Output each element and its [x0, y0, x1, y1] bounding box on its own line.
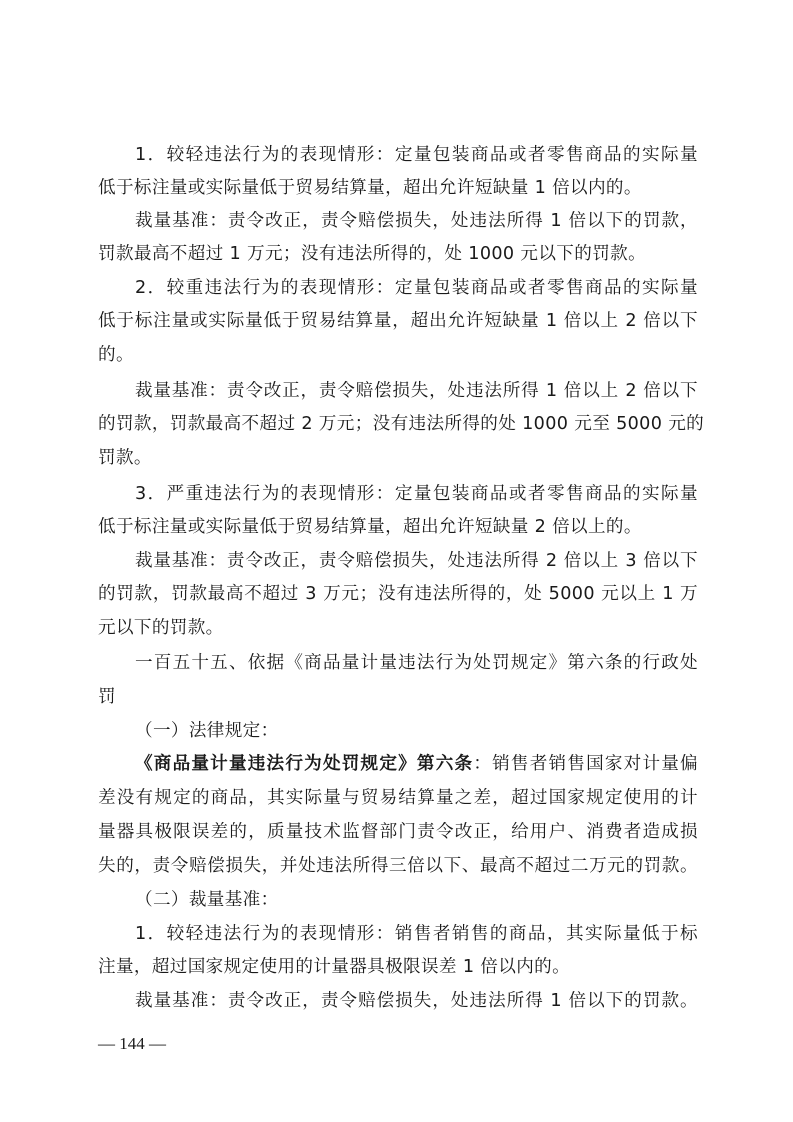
- text-line: 罚款最高不超过 1 万元；没有违法所得的，处 1000 元以下的罚款。: [98, 237, 698, 271]
- legal-provision-line: 失的，责令赔偿损失，并处违法所得三倍以下、最高不超过二万元的罚款。: [98, 849, 698, 883]
- text-line: 裁量基准：责令改正，责令赔偿损失，处违法所得 2 倍以上 3 倍以下: [98, 544, 698, 578]
- text-line: 的罚款，罚款最高不超过 3 万元；没有违法所得的，处 5000 元以上 1 万: [98, 577, 698, 611]
- text-line: 2．较重违法行为的表现情形：定量包装商品或者零售商品的实际量: [98, 271, 698, 305]
- text-line: 罚款。: [98, 441, 698, 475]
- section-heading-line: 一百五十五、依据《商品量计量违法行为处罚规定》第六条的行政处: [98, 646, 698, 680]
- section-heading-line: 罚: [98, 680, 698, 714]
- article-title: 《商品量计量违法行为处罚规定》第六条: [135, 754, 473, 774]
- text-line: 裁量基准：责令改正，责令赔偿损失，处违法所得 1 倍以上 2 倍以下: [98, 374, 698, 408]
- legal-provision-line: 差没有规定的商品，其实际量与贸易结算量之差，超过国家规定使用的计: [98, 781, 698, 815]
- text-line: 3．严重违法行为的表现情形：定量包装商品或者零售商品的实际量: [98, 477, 698, 511]
- text-line: 注量，超过国家规定使用的计量器具极限误差 1 倍以内的。: [98, 950, 698, 984]
- text-line: 低于标注量或实际量低于贸易结算量，超出允许短缺量 1 倍以上 2 倍以下: [98, 304, 698, 338]
- text-line: 1．较轻违法行为的表现情形：销售者销售的商品，其实际量低于标: [98, 917, 698, 951]
- page-number: — 144 —: [98, 1032, 166, 1056]
- subsection-heading: （二）裁量基准：: [98, 883, 698, 917]
- text-line: 元以下的罚款。: [98, 611, 698, 645]
- text-line: 低于标注量或实际量低于贸易结算量，超出允许短缺量 1 倍以内的。: [98, 171, 698, 205]
- text-line: 低于标注量或实际量低于贸易结算量，超出允许短缺量 2 倍以上的。: [98, 510, 698, 544]
- legal-provision-line: 量器具极限误差的，质量技术监督部门责令改正，给用户、消费者造成损: [98, 815, 698, 849]
- text-line: 裁量基准：责令改正，责令赔偿损失，处违法所得 1 倍以下的罚款，: [98, 204, 698, 238]
- text-line: 的罚款，罚款最高不超过 2 万元；没有违法所得的处 1000 元至 5000 元…: [98, 407, 698, 441]
- text-line: 的。: [98, 338, 698, 372]
- text-line: 裁量基准：责令改正，责令赔偿损失，处违法所得 1 倍以下的罚款。: [98, 984, 698, 1018]
- text-line: 1．较轻违法行为的表现情形：定量包装商品或者零售商品的实际量: [98, 138, 698, 172]
- subsection-heading: （一）法律规定：: [98, 714, 698, 748]
- legal-provision-line: 《商品量计量违法行为处罚规定》第六条：销售者销售国家对计量偏: [98, 747, 698, 781]
